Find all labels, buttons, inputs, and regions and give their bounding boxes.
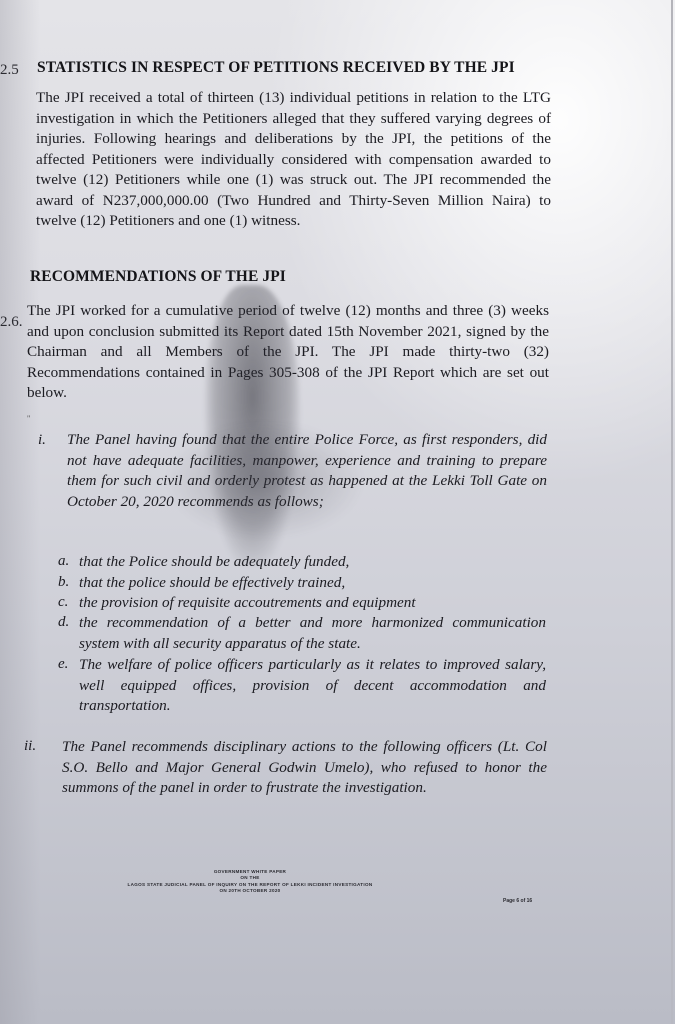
- recommendations-intro: The JPI worked for a cumulative period o…: [27, 301, 549, 404]
- subitem-a: that the Police should be adequately fun…: [79, 552, 549, 573]
- subitem-a-marker: a.: [58, 553, 69, 570]
- subitem-e-marker: e.: [58, 656, 68, 673]
- page-edge-right: [671, 0, 673, 1024]
- item-i-marker: i.: [38, 432, 46, 449]
- stray-mark: ": [27, 414, 30, 423]
- section-heading-recommendations: RECOMMENDATIONS OF THE JPI: [30, 268, 286, 286]
- recommendation-item-i: The Panel having found that the entire P…: [67, 430, 547, 512]
- subitem-d: the recommendation of a better and more …: [79, 613, 546, 654]
- subitem-e: The welfare of police officers particula…: [79, 655, 546, 717]
- subitem-c-marker: c.: [58, 594, 68, 611]
- page-number: Page 6 of 16: [503, 898, 532, 904]
- item-ii-marker: ii.: [24, 738, 36, 755]
- subitem-b: that the police should be effectively tr…: [79, 573, 549, 594]
- section-number-2-6: 2.6.: [0, 314, 23, 331]
- footer-line-4: on 20th October 2020: [100, 888, 400, 894]
- footer-title: Government White Paper on the Lagos Stat…: [100, 869, 400, 895]
- recommendation-item-ii: The Panel recommends disciplinary action…: [62, 737, 547, 799]
- section-number-2-5: 2.5: [0, 62, 19, 79]
- subitem-c: the provision of requisite accoutrements…: [79, 593, 549, 614]
- subitem-d-marker: d.: [58, 614, 69, 631]
- page-shadow-left: [0, 0, 40, 1024]
- statistics-paragraph: The JPI received a total of thirteen (13…: [36, 88, 551, 232]
- section-heading-statistics: STATISTICS IN RESPECT OF PETITIONS RECEI…: [37, 59, 567, 77]
- subitem-b-marker: b.: [58, 574, 69, 591]
